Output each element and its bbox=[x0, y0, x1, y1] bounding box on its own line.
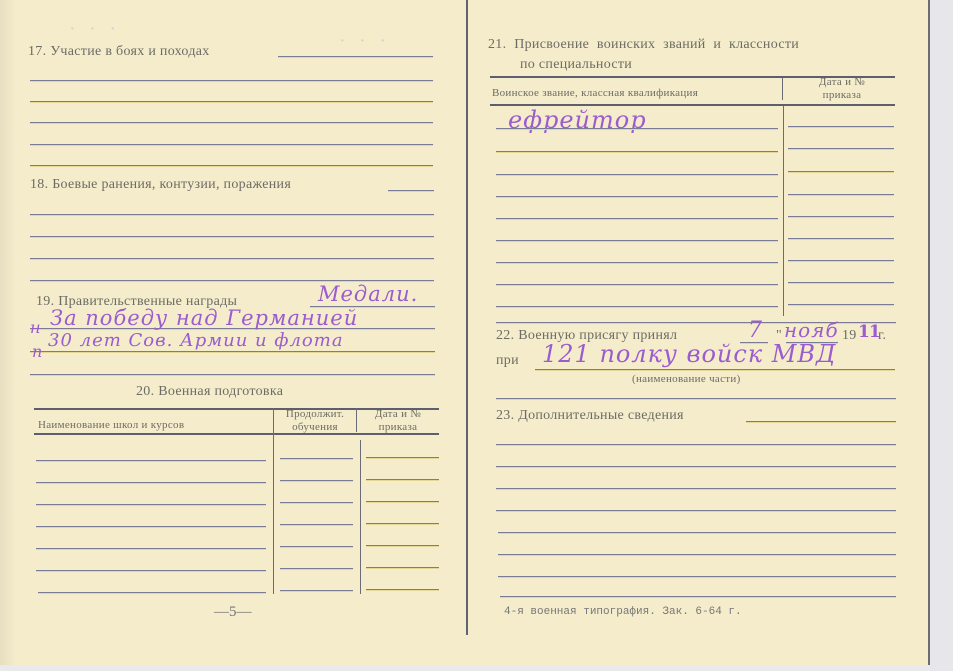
section-20-row-line[interactable] bbox=[36, 570, 266, 572]
section-20-row-line[interactable] bbox=[366, 589, 439, 591]
section-21-col-date-order: Дата и № приказа bbox=[790, 76, 894, 102]
section-20-heading: 20. Военная подготовка bbox=[136, 384, 283, 400]
section-20-row-line[interactable] bbox=[280, 458, 353, 460]
scan-background bbox=[930, 0, 953, 671]
section-17-field-line[interactable] bbox=[30, 80, 433, 82]
section-18-field[interactable] bbox=[388, 190, 434, 192]
section-20-row-line[interactable] bbox=[36, 526, 266, 528]
section-19-margin-mark: п bbox=[32, 342, 43, 361]
section-17-title: Участие в боях и походах bbox=[50, 44, 209, 59]
oath-year-printed: 19 bbox=[842, 328, 857, 344]
section-17-label: 17. Участие в боях и походах bbox=[28, 44, 210, 60]
oath-at-label: при bbox=[496, 353, 519, 369]
section-23-number: 23. bbox=[496, 408, 514, 423]
section-20-col-duration: Продолжит. обучения bbox=[275, 408, 355, 434]
section-21-col-date-line2: приказа bbox=[790, 89, 894, 102]
section-18-field-line[interactable] bbox=[30, 258, 434, 260]
section-20-row-line[interactable] bbox=[366, 523, 439, 525]
section-21-row-line[interactable] bbox=[788, 148, 894, 150]
section-21-row-line[interactable] bbox=[496, 196, 778, 198]
section-21-row-line[interactable] bbox=[788, 304, 894, 306]
section-17-field[interactable] bbox=[278, 56, 433, 58]
section-21-row-line[interactable] bbox=[788, 171, 894, 173]
section-23-field-line[interactable] bbox=[498, 554, 896, 556]
oath-year-handwritten: 11 bbox=[858, 322, 880, 342]
section-20-number: 20. bbox=[136, 384, 154, 399]
section-21-row-line[interactable] bbox=[788, 282, 894, 284]
printer-imprint: 4-я военная типография. Зак. 6-64 г. bbox=[504, 606, 742, 618]
section-19-field-line[interactable] bbox=[30, 374, 435, 376]
section-21-title-line1: Присвоение воинских званий и классности bbox=[514, 37, 799, 52]
section-23-label: 23. Дополнительные сведения bbox=[496, 408, 684, 424]
section-20-row-line[interactable] bbox=[38, 592, 266, 594]
section-17-field-line[interactable] bbox=[30, 165, 433, 167]
section-20-header-divider bbox=[356, 408, 357, 432]
section-20-row-line[interactable] bbox=[36, 548, 266, 550]
section-20-row-line[interactable] bbox=[366, 501, 439, 503]
section-20-row-line[interactable] bbox=[366, 545, 439, 547]
section-21-row-line[interactable] bbox=[496, 151, 778, 153]
section-21-row-line[interactable] bbox=[496, 284, 778, 286]
oath-month-handwritten: нояб bbox=[784, 318, 839, 342]
section-17-field-line[interactable] bbox=[30, 122, 433, 124]
section-21-title-line2: по специальности bbox=[520, 57, 632, 73]
section-20-row-line[interactable] bbox=[280, 480, 353, 482]
section-20-column-divider bbox=[360, 440, 361, 594]
section-20-row-line[interactable] bbox=[280, 502, 353, 504]
section-21-column-divider bbox=[783, 106, 784, 316]
booklet-spread: · · · · · · 17. Участие в боях и походах… bbox=[0, 0, 930, 665]
section-20-col-duration-line1: Продолжит. bbox=[275, 408, 355, 421]
section-21-header-divider bbox=[782, 78, 783, 100]
section-18-title: Боевые ранения, контузии, поражения bbox=[52, 177, 291, 192]
section-20-row-line[interactable] bbox=[366, 567, 439, 569]
section-23-field-line[interactable] bbox=[498, 576, 896, 578]
section-22-number: 22. bbox=[496, 328, 514, 343]
embossed-stamp-mark: · · · bbox=[340, 34, 391, 50]
section-18-number: 18. bbox=[30, 177, 48, 192]
section-20-col-schools: Наименование школ и курсов bbox=[38, 419, 184, 431]
section-22-bottom-line[interactable] bbox=[496, 398, 896, 400]
section-23-field-line[interactable] bbox=[496, 444, 896, 446]
section-23-field-line[interactable] bbox=[500, 596, 896, 598]
section-23-field[interactable] bbox=[746, 421, 896, 423]
embossed-stamp-mark: · · · bbox=[70, 22, 121, 38]
section-23-field-line[interactable] bbox=[496, 488, 896, 490]
section-20-title: Военная подготовка bbox=[158, 384, 283, 399]
section-23-field-line[interactable] bbox=[496, 510, 896, 512]
section-21-col-rank: Воинское звание, классная квалификация bbox=[492, 87, 698, 99]
section-20-row-line[interactable] bbox=[366, 479, 439, 481]
section-20-row-line[interactable] bbox=[280, 568, 353, 570]
section-21-row-line[interactable] bbox=[496, 262, 778, 264]
page-number: —5— bbox=[214, 604, 252, 621]
section-21-row-line[interactable] bbox=[496, 306, 778, 308]
section-19-handwritten-award-1: За победу над Германией bbox=[50, 306, 358, 330]
section-19-field-line[interactable] bbox=[30, 351, 435, 353]
section-19-margin-mark: н bbox=[30, 318, 42, 337]
section-20-row-line[interactable] bbox=[36, 482, 266, 484]
section-21-row-line[interactable] bbox=[788, 260, 894, 262]
section-17-number: 17. bbox=[28, 44, 46, 59]
section-20-row-line[interactable] bbox=[280, 524, 353, 526]
section-17-field-line[interactable] bbox=[30, 101, 433, 103]
section-19-handwritten-medals: Медали. bbox=[318, 282, 418, 306]
section-21-number: 21. bbox=[488, 37, 506, 52]
section-21-row-line[interactable] bbox=[496, 218, 778, 220]
section-20-row-line[interactable] bbox=[36, 460, 266, 462]
oath-unit-handwritten: 121 полку войск МВД bbox=[542, 340, 837, 368]
section-21-heading: 21. Присвоение воинских званий и классно… bbox=[488, 37, 799, 53]
section-20-row-line[interactable] bbox=[36, 504, 266, 506]
section-20-row-line[interactable] bbox=[366, 457, 439, 459]
oath-unit-field[interactable] bbox=[535, 369, 895, 371]
section-21-row-line[interactable] bbox=[788, 194, 894, 196]
section-21-row-line[interactable] bbox=[496, 174, 778, 176]
section-21-row-line[interactable] bbox=[496, 240, 778, 242]
oath-unit-caption: (наименование части) bbox=[632, 373, 741, 385]
section-18-field-line[interactable] bbox=[30, 236, 434, 238]
section-18-field-line[interactable] bbox=[30, 214, 434, 216]
section-21-col-date-line1: Дата и № bbox=[790, 76, 894, 89]
section-18-label: 18. Боевые ранения, контузии, поражения bbox=[30, 177, 291, 193]
section-23-field-line[interactable] bbox=[498, 532, 896, 534]
page-gutter bbox=[466, 0, 468, 635]
section-19-handwritten-award-2: 30 лет Сов. Армии и флота bbox=[48, 330, 344, 351]
section-20-row-line[interactable] bbox=[280, 590, 353, 592]
section-20-col-date-line1: Дата и № bbox=[358, 408, 438, 421]
section-23-field-line[interactable] bbox=[496, 466, 896, 468]
section-20-column-divider bbox=[273, 408, 274, 594]
section-21-row-line[interactable] bbox=[496, 128, 778, 130]
section-20-row-line[interactable] bbox=[280, 546, 353, 548]
section-17-field-line[interactable] bbox=[30, 144, 433, 146]
section-20-table-header-rule bbox=[34, 433, 439, 435]
section-23-title: Дополнительные сведения bbox=[518, 408, 684, 423]
section-21-row-line[interactable] bbox=[788, 126, 894, 128]
left-page-edge bbox=[0, 0, 16, 665]
oath-year-suffix: г. bbox=[878, 328, 886, 344]
section-20-col-date-order: Дата и № приказа bbox=[358, 408, 438, 434]
section-21-row-line[interactable] bbox=[788, 238, 894, 240]
section-21-row-line[interactable] bbox=[788, 216, 894, 218]
